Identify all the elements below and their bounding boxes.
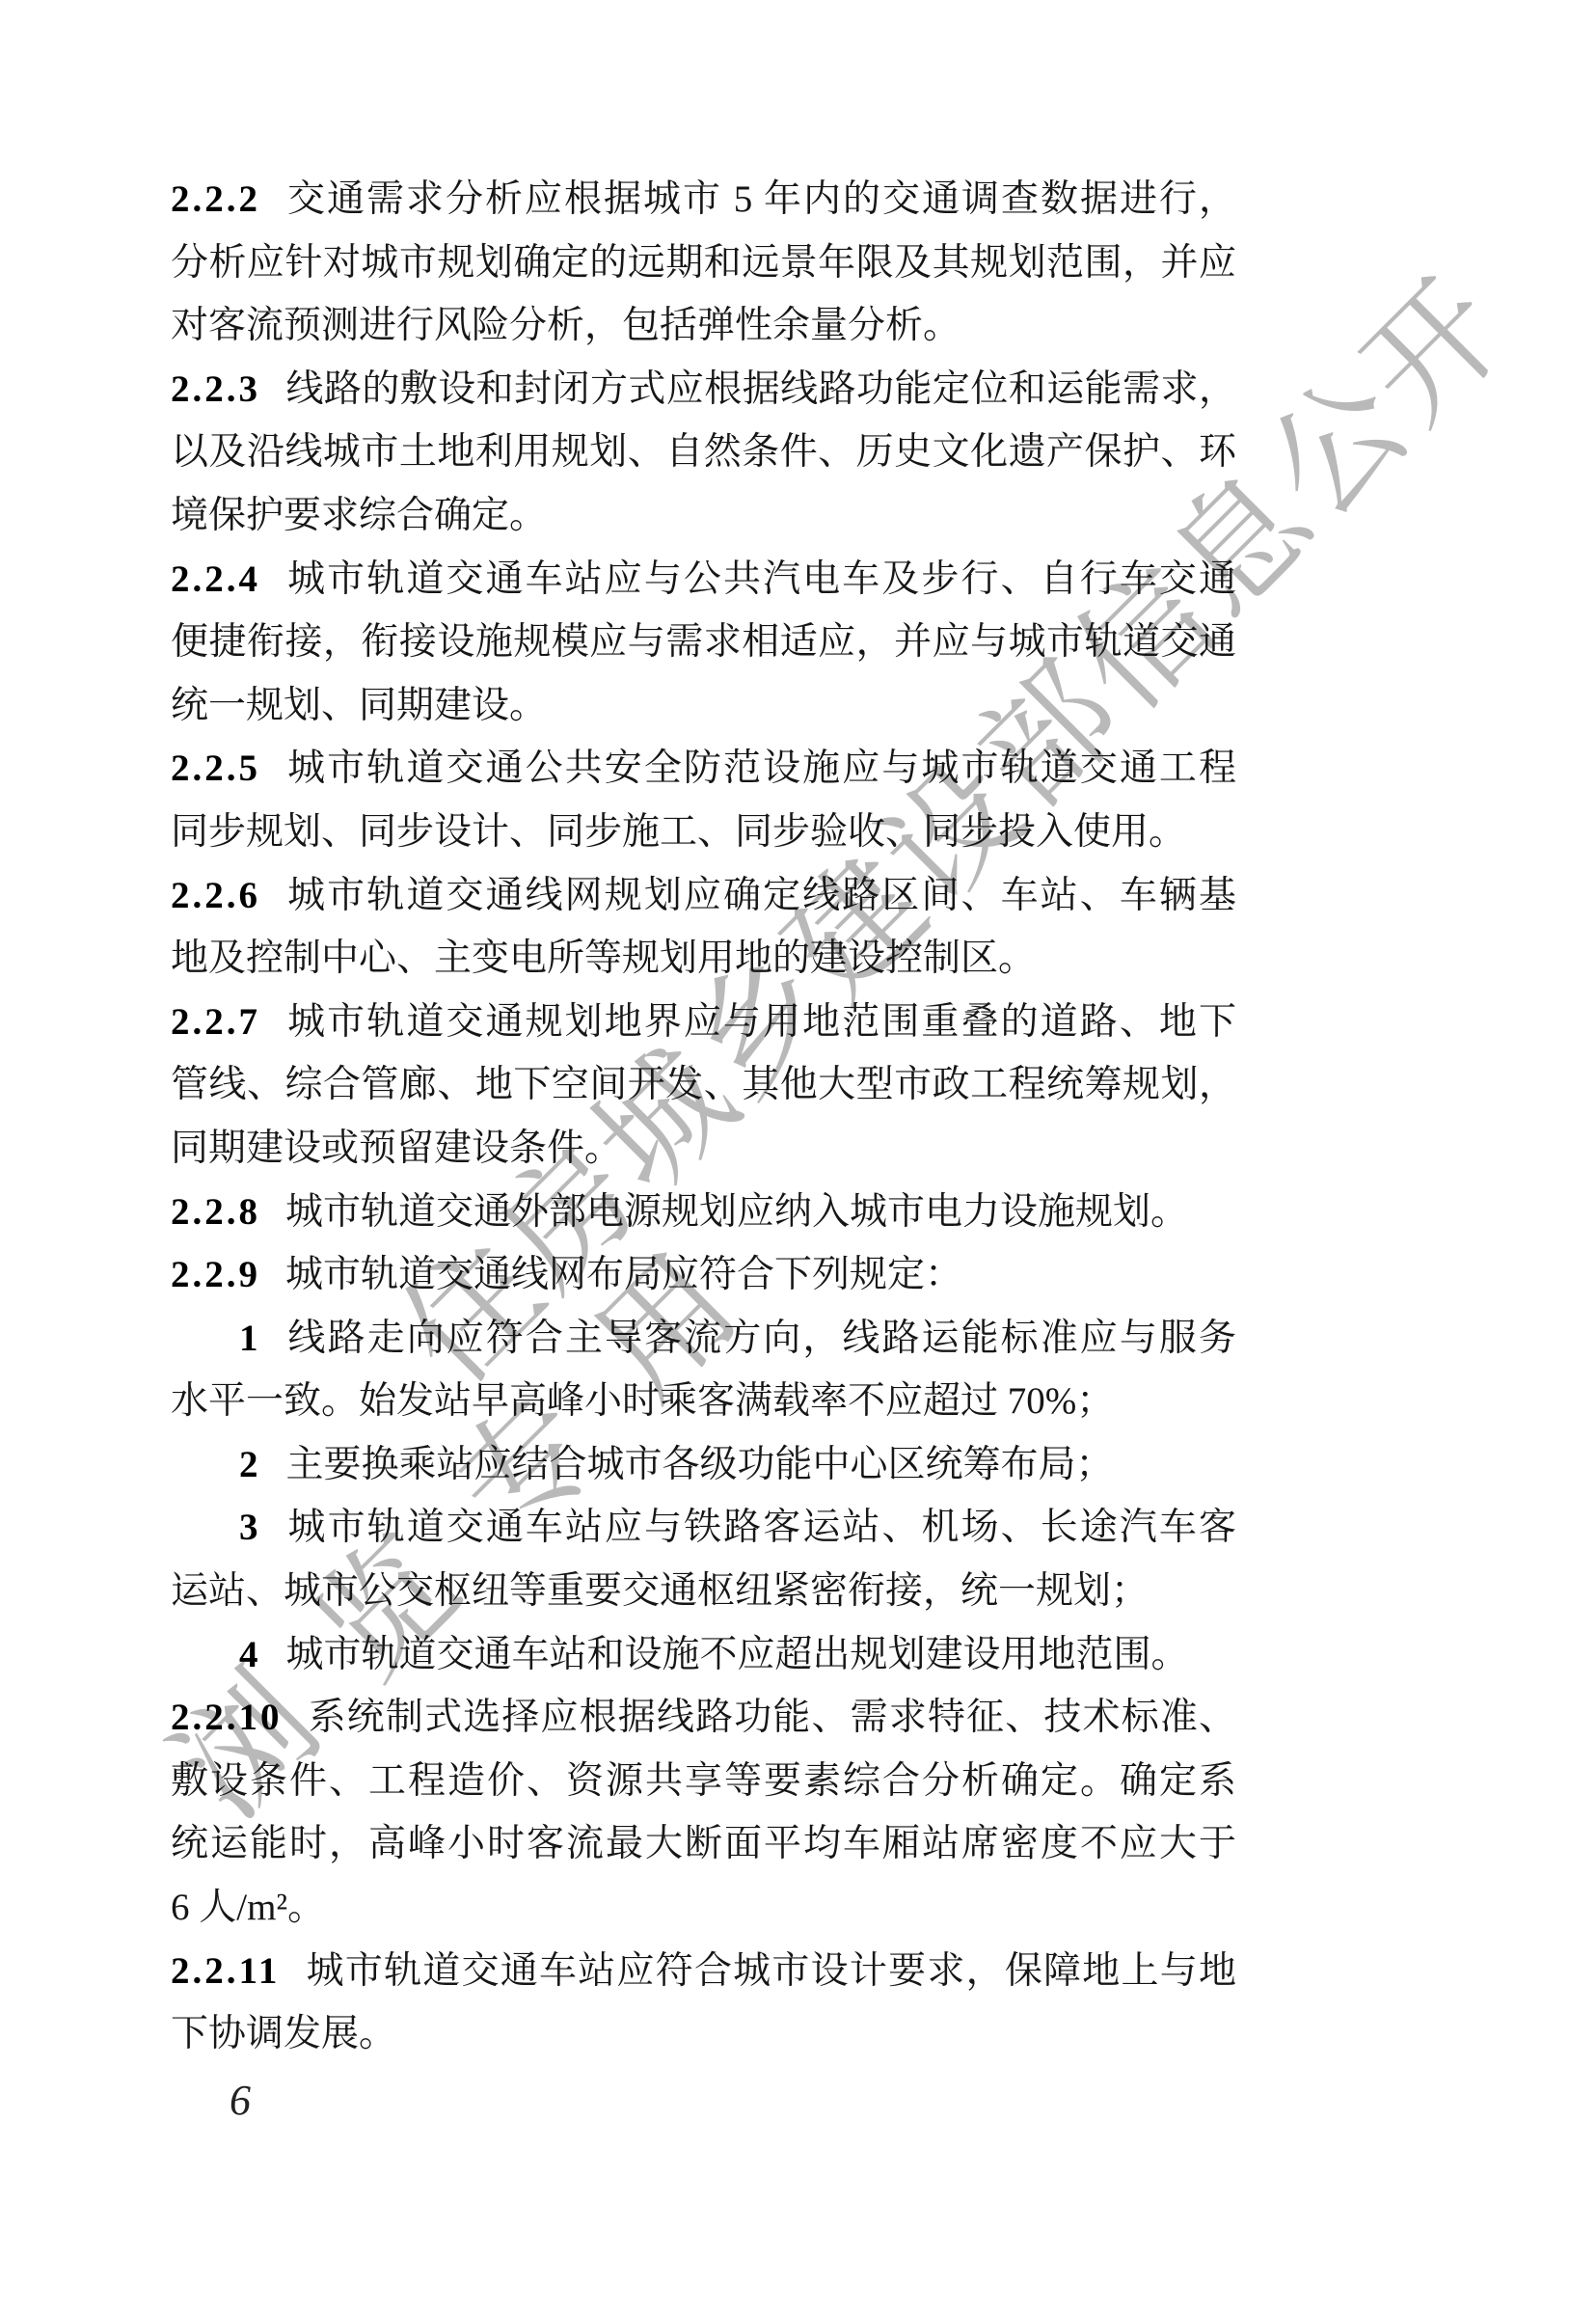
clause-line: 2.2.10系统制式选择应根据线路功能、需求特征、技术标准、 <box>171 1686 1236 1750</box>
clause-number: 2.2.5 <box>171 748 260 789</box>
clause-number: 2.2.8 <box>171 1191 260 1233</box>
line-text: 统运能时，高峰小时客流最大断面平均车厢站席密度不应大于 <box>171 1823 1236 1864</box>
text-line: 同期建设或预留建设条件。 <box>171 1117 1236 1181</box>
line-text: 统一规划、同期建设。 <box>171 685 547 726</box>
line-text: 境保护要求综合确定。 <box>171 495 547 536</box>
text-line: 统运能时，高峰小时客流最大断面平均车厢站席密度不应大于 <box>171 1812 1236 1876</box>
text-line: 以及沿线城市土地利用规划、自然条件、历史文化遗产保护、环 <box>171 421 1236 484</box>
line-text: 管线、综合管廊、地下空间开发、其他大型市政工程统筹规划， <box>171 1064 1236 1105</box>
line-text: 运站、城市公交枢纽等重要交通枢纽紧密衔接，统一规划； <box>171 1570 1149 1612</box>
clause-line: 2.2.6城市轨道交通线网规划应确定线路区间、车站、车辆基 <box>171 864 1236 928</box>
clause-line: 2.2.3线路的敷设和封闭方式应根据线路功能定位和运能需求， <box>171 358 1236 421</box>
clause-number: 2.2.11 <box>171 1950 280 1992</box>
document-body: 2.2.2交通需求分析应根据城市 5 年内的交通调查数据进行，分析应针对城市规划… <box>171 168 1236 2066</box>
clause-number: 2.2.7 <box>171 1001 260 1043</box>
text-line: 对客流预测进行风险分析，包括弹性余量分析。 <box>171 294 1236 358</box>
line-text: 同期建设或预留建设条件。 <box>171 1128 622 1169</box>
clause-number: 2.2.10 <box>171 1697 283 1738</box>
line-text: 6 人/m²。 <box>171 1887 325 1928</box>
list-item-line: 4城市轨道交通车站和设施不应超出规划建设用地范围。 <box>171 1623 1236 1687</box>
line-text: 分析应针对城市规划确定的远期和远景年限及其规划范围，并应 <box>171 242 1236 284</box>
line-text: 线路的敷设和封闭方式应根据线路功能定位和运能需求， <box>285 368 1236 410</box>
text-line: 分析应针对城市规划确定的远期和远景年限及其规划范围，并应 <box>171 231 1236 295</box>
line-text: 交通需求分析应根据城市 5 年内的交通调查数据进行， <box>285 178 1236 220</box>
text-line: 管线、综合管廊、地下空间开发、其他大型市政工程统筹规划， <box>171 1053 1236 1117</box>
text-line: 下协调发展。 <box>171 2002 1236 2066</box>
line-text: 线路走向应符合主导客流方向，线路运能标准应与服务 <box>286 1318 1237 1359</box>
line-text: 地及控制中心、主变电所等规划用地的建设控制区。 <box>171 938 1036 979</box>
line-text: 以及沿线城市土地利用规划、自然条件、历史文化遗产保护、环 <box>171 431 1236 473</box>
clause-number: 2.2.2 <box>171 178 260 220</box>
list-item-line: 1线路走向应符合主导客流方向，线路运能标准应与服务 <box>171 1307 1236 1371</box>
clause-line: 2.2.4城市轨道交通车站应与公共汽电车及步行、自行车交通 <box>171 548 1236 612</box>
clause-line: 2.2.11城市轨道交通车站应符合城市设计要求，保障地上与地 <box>171 1940 1236 2003</box>
text-line: 同步规划、同步设计、同步施工、同步验收、同步投入使用。 <box>171 801 1236 864</box>
line-text: 对客流预测进行风险分析，包括弹性余量分析。 <box>171 305 960 346</box>
clause-number: 2.2.4 <box>171 558 260 600</box>
clause-number: 1 <box>239 1318 261 1359</box>
list-item-line: 3城市轨道交通车站应与铁路客运站、机场、长途汽车客 <box>171 1496 1236 1560</box>
line-text: 便捷衔接，衔接设施规模应与需求相适应，并应与城市轨道交通 <box>171 621 1236 663</box>
text-line: 统一规划、同期建设。 <box>171 674 1236 738</box>
text-line: 地及控制中心、主变电所等规划用地的建设控制区。 <box>171 927 1236 991</box>
clause-number: 2.2.6 <box>171 875 260 916</box>
line-text: 城市轨道交通公共安全防范设施应与城市轨道交通工程 <box>285 748 1236 789</box>
line-text: 城市轨道交通车站应与铁路客运站、机场、长途汽车客 <box>286 1507 1237 1548</box>
clause-line: 2.2.9城市轨道交通线网布局应符合下列规定： <box>171 1243 1236 1307</box>
line-text: 系统制式选择应根据线路功能、需求特征、技术标准、 <box>308 1697 1237 1738</box>
text-line: 境保护要求综合确定。 <box>171 484 1236 548</box>
text-line: 6 人/m²。 <box>171 1876 1236 1940</box>
clause-number: 2.2.9 <box>171 1254 260 1295</box>
line-text: 城市轨道交通线网规划应确定线路区间、车站、车辆基 <box>285 875 1236 916</box>
clause-number: 4 <box>239 1634 261 1675</box>
line-text: 城市轨道交通外部电源规划应纳入城市电力设施规划。 <box>285 1191 1188 1233</box>
clause-number: 2 <box>239 1444 261 1485</box>
text-line: 运站、城市公交枢纽等重要交通枢纽紧密衔接，统一规划； <box>171 1560 1236 1623</box>
document-page: 住房城乡建设部信息公开 浏览专用 2.2.2交通需求分析应根据城市 5 年内的交… <box>0 0 1596 2311</box>
text-line: 便捷衔接，衔接设施规模应与需求相适应，并应与城市轨道交通 <box>171 611 1236 674</box>
line-text: 敷设条件、工程造价、资源共享等要素综合分析确定。确定系 <box>171 1760 1236 1802</box>
line-text: 城市轨道交通车站应与公共汽电车及步行、自行车交通 <box>285 558 1236 600</box>
line-text: 主要换乘站应结合城市各级功能中心区统筹布局； <box>286 1444 1114 1485</box>
clause-line: 2.2.8城市轨道交通外部电源规划应纳入城市电力设施规划。 <box>171 1181 1236 1244</box>
line-text: 城市轨道交通规划地界应与用地范围重叠的道路、地下 <box>285 1001 1236 1043</box>
clause-line: 2.2.7城市轨道交通规划地界应与用地范围重叠的道路、地下 <box>171 991 1236 1054</box>
clause-number: 2.2.3 <box>171 368 260 410</box>
line-text: 城市轨道交通线网布局应符合下列规定： <box>285 1254 962 1295</box>
text-line: 水平一致。始发站早高峰小时乘客满载率不应超过 70%； <box>171 1370 1236 1433</box>
line-text: 水平一致。始发站早高峰小时乘客满载率不应超过 70%； <box>171 1380 1114 1422</box>
line-text: 下协调发展。 <box>171 2013 396 2054</box>
line-text: 城市轨道交通车站应符合城市设计要求，保障地上与地 <box>305 1950 1236 1992</box>
clause-number: 3 <box>239 1507 261 1548</box>
text-line: 敷设条件、工程造价、资源共享等要素综合分析确定。确定系 <box>171 1750 1236 1813</box>
clause-line: 2.2.5城市轨道交通公共安全防范设施应与城市轨道交通工程 <box>171 737 1236 801</box>
page-number: 6 <box>230 2072 251 2130</box>
list-item-line: 2主要换乘站应结合城市各级功能中心区统筹布局； <box>171 1433 1236 1497</box>
line-text: 城市轨道交通车站和设施不应超出规划建设用地范围。 <box>286 1634 1189 1675</box>
line-text: 同步规划、同步设计、同步施工、同步验收、同步投入使用。 <box>171 811 1186 853</box>
clause-line: 2.2.2交通需求分析应根据城市 5 年内的交通调查数据进行， <box>171 168 1236 231</box>
